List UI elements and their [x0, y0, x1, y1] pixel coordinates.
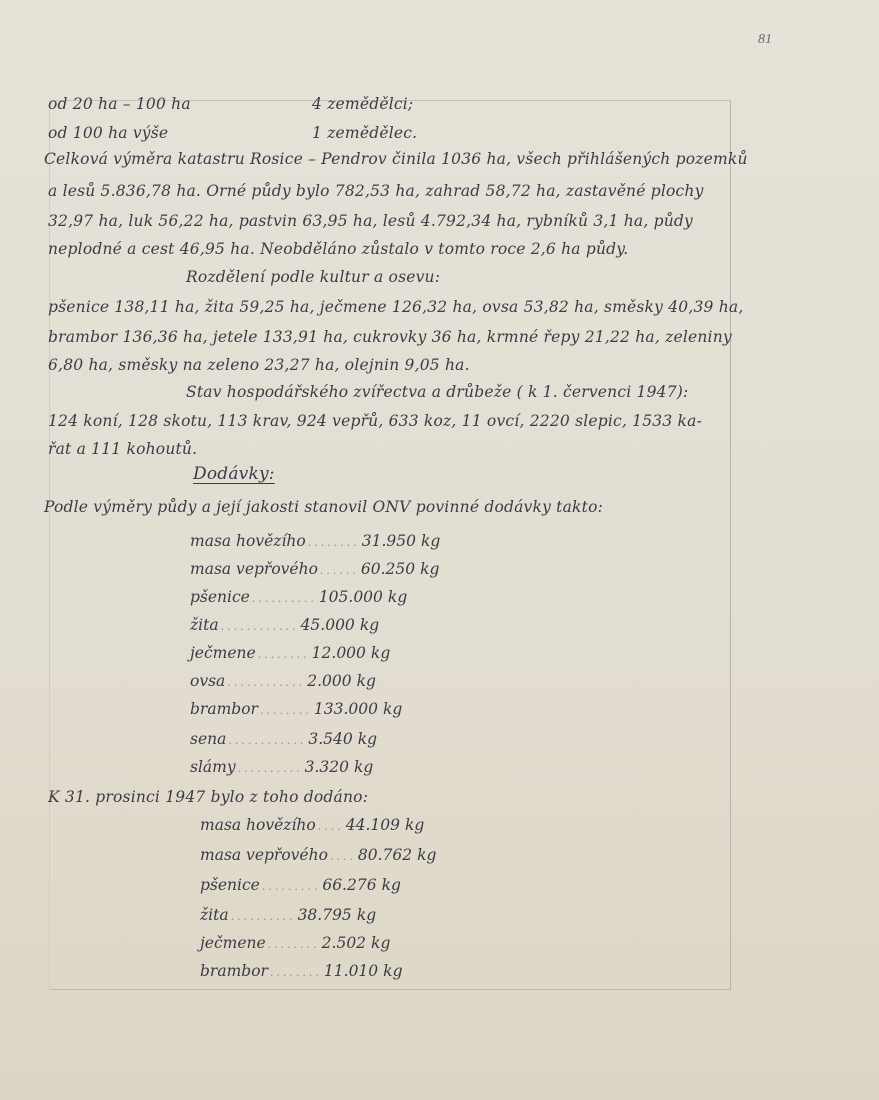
delivery-amount: 3.540 [308, 730, 352, 748]
delivery-amount: 12.000 [312, 644, 366, 662]
delivery-amount: 60.250 [361, 560, 415, 578]
delivery-unit: kg [358, 730, 377, 748]
paragraph-line: 32,97 ha, luk 56,22 ha, pastvin 63,95 ha… [48, 212, 693, 230]
leader-dots: .... [328, 850, 358, 863]
farm-size-count: 1 zemědělec. [312, 124, 417, 142]
crops-heading: Rozdělení podle kultur a osevu: [186, 268, 440, 286]
delivered-row: masa hovězího .... 44.109 kg [200, 816, 424, 834]
farm-size-count: 4 zemědělci; [312, 95, 413, 113]
delivery-item: ječmene [190, 644, 256, 662]
deliveries-intro: Podle výměry půdy a její jakosti stanovi… [44, 498, 603, 516]
delivered-unit: kg [382, 876, 401, 894]
crops-line: 6,80 ha, směsky na zeleno 23,27 ha, olej… [48, 356, 470, 374]
delivery-amount: 2.000 [307, 672, 351, 690]
delivery-unit: kg [383, 700, 402, 718]
delivered-item: žita [200, 906, 229, 924]
page-number: 81 [758, 32, 772, 48]
livestock-heading: Stav hospodářského zvířectva a drůbeže (… [186, 383, 688, 401]
delivered-amount: 80.762 [358, 846, 412, 864]
delivery-item: masa hovězího [190, 532, 306, 550]
delivered-row: pšenice ......... 66.276 kg [200, 876, 401, 894]
delivered-unit: kg [417, 846, 436, 864]
delivery-unit: kg [354, 758, 373, 776]
delivered-row: ječmene ........ 2.502 kg [200, 934, 390, 952]
delivery-row: ovsa ............ 2.000 kg [190, 672, 376, 690]
livestock-line: 124 koní, 128 skotu, 113 krav, 924 vepřů… [48, 412, 702, 430]
delivery-item: masa vepřového [190, 560, 318, 578]
leader-dots: .......... [229, 910, 298, 923]
crops-line: pšenice 138,11 ha, žita 59,25 ha, ječmen… [48, 298, 743, 316]
delivery-unit: kg [421, 532, 440, 550]
paragraph-line: Celková výměra katastru Rosice – Pendrov… [44, 150, 748, 168]
delivery-row: masa hovězího ........ 31.950 kg [190, 532, 440, 550]
farm-size-range: od 20 ha – 100 ha [48, 95, 191, 113]
delivery-item: ovsa [190, 672, 225, 690]
delivery-unit: kg [420, 560, 439, 578]
leader-dots: ........ [306, 536, 362, 549]
delivery-row: žita ............ 45.000 kg [190, 616, 379, 634]
leader-dots: .... [316, 820, 346, 833]
leader-dots: ........ [266, 938, 322, 951]
delivered-unit: kg [371, 934, 390, 952]
leader-dots: ........ [268, 966, 324, 979]
delivery-amount: 45.000 [301, 616, 355, 634]
delivery-item: sena [190, 730, 226, 748]
delivery-item: slámy [190, 758, 236, 776]
delivered-item: pšenice [200, 876, 260, 894]
delivered-unit: kg [405, 816, 424, 834]
delivery-row: masa vepřového ...... 60.250 kg [190, 560, 439, 578]
delivered-item: masa vepřového [200, 846, 328, 864]
delivered-amount: 38.795 [298, 906, 352, 924]
leader-dots: ............ [219, 620, 301, 633]
delivered-item: masa hovězího [200, 816, 316, 834]
delivery-unit: kg [371, 644, 390, 662]
leader-dots: .......... [250, 592, 319, 605]
delivered-amount: 11.010 [324, 962, 378, 980]
delivery-row: brambor ........ 133.000 kg [190, 700, 402, 718]
delivered-unit: kg [383, 962, 402, 980]
delivery-unit: kg [357, 672, 376, 690]
crops-line: brambor 136,36 ha, jetele 133,91 ha, cuk… [48, 328, 732, 346]
farm-size-row: od 20 ha – 100 ha [48, 95, 191, 113]
delivered-amount: 66.276 [322, 876, 376, 894]
delivery-item: pšenice [190, 588, 250, 606]
delivery-row: slámy .......... 3.320 kg [190, 758, 373, 776]
leader-dots: ......... [260, 880, 322, 893]
delivery-amount: 31.950 [362, 532, 416, 550]
paragraph-line: neplodné a cest 46,95 ha. Neobděláno zůs… [48, 240, 628, 258]
leader-dots: ........ [258, 704, 314, 717]
delivered-row: brambor ........ 11.010 kg [200, 962, 403, 980]
delivery-unit: kg [360, 616, 379, 634]
delivered-unit: kg [357, 906, 376, 924]
delivery-item: žita [190, 616, 219, 634]
leader-dots: ........ [256, 648, 312, 661]
delivered-item: ječmene [200, 934, 266, 952]
delivered-amount: 44.109 [346, 816, 400, 834]
delivery-row: ječmene ........ 12.000 kg [190, 644, 390, 662]
delivery-amount: 133.000 [314, 700, 378, 718]
deliveries-heading: Dodávky: [193, 464, 275, 484]
livestock-line: řat a 111 kohoutů. [48, 440, 197, 458]
farm-size-row: od 100 ha výše [48, 124, 168, 142]
delivery-item: brambor [190, 700, 258, 718]
delivered-row: žita .......... 38.795 kg [200, 906, 376, 924]
leader-dots: .......... [236, 762, 305, 775]
leader-dots: ............ [225, 676, 307, 689]
delivered-intro: K 31. prosinci 1947 bylo z toho dodáno: [48, 788, 368, 806]
paragraph-line: a lesů 5.836,78 ha. Orné půdy bylo 782,5… [48, 182, 704, 200]
delivery-row: pšenice .......... 105.000 kg [190, 588, 407, 606]
delivery-amount: 3.320 [305, 758, 349, 776]
delivery-unit: kg [388, 588, 407, 606]
delivery-row: sena ............ 3.540 kg [190, 730, 377, 748]
delivery-amount: 105.000 [319, 588, 383, 606]
leader-dots: ...... [318, 564, 361, 577]
farm-size-range: od 100 ha výše [48, 124, 168, 142]
delivered-row: masa vepřového .... 80.762 kg [200, 846, 436, 864]
delivered-amount: 2.502 [322, 934, 366, 952]
delivered-item: brambor [200, 962, 268, 980]
leader-dots: ............ [226, 734, 308, 747]
